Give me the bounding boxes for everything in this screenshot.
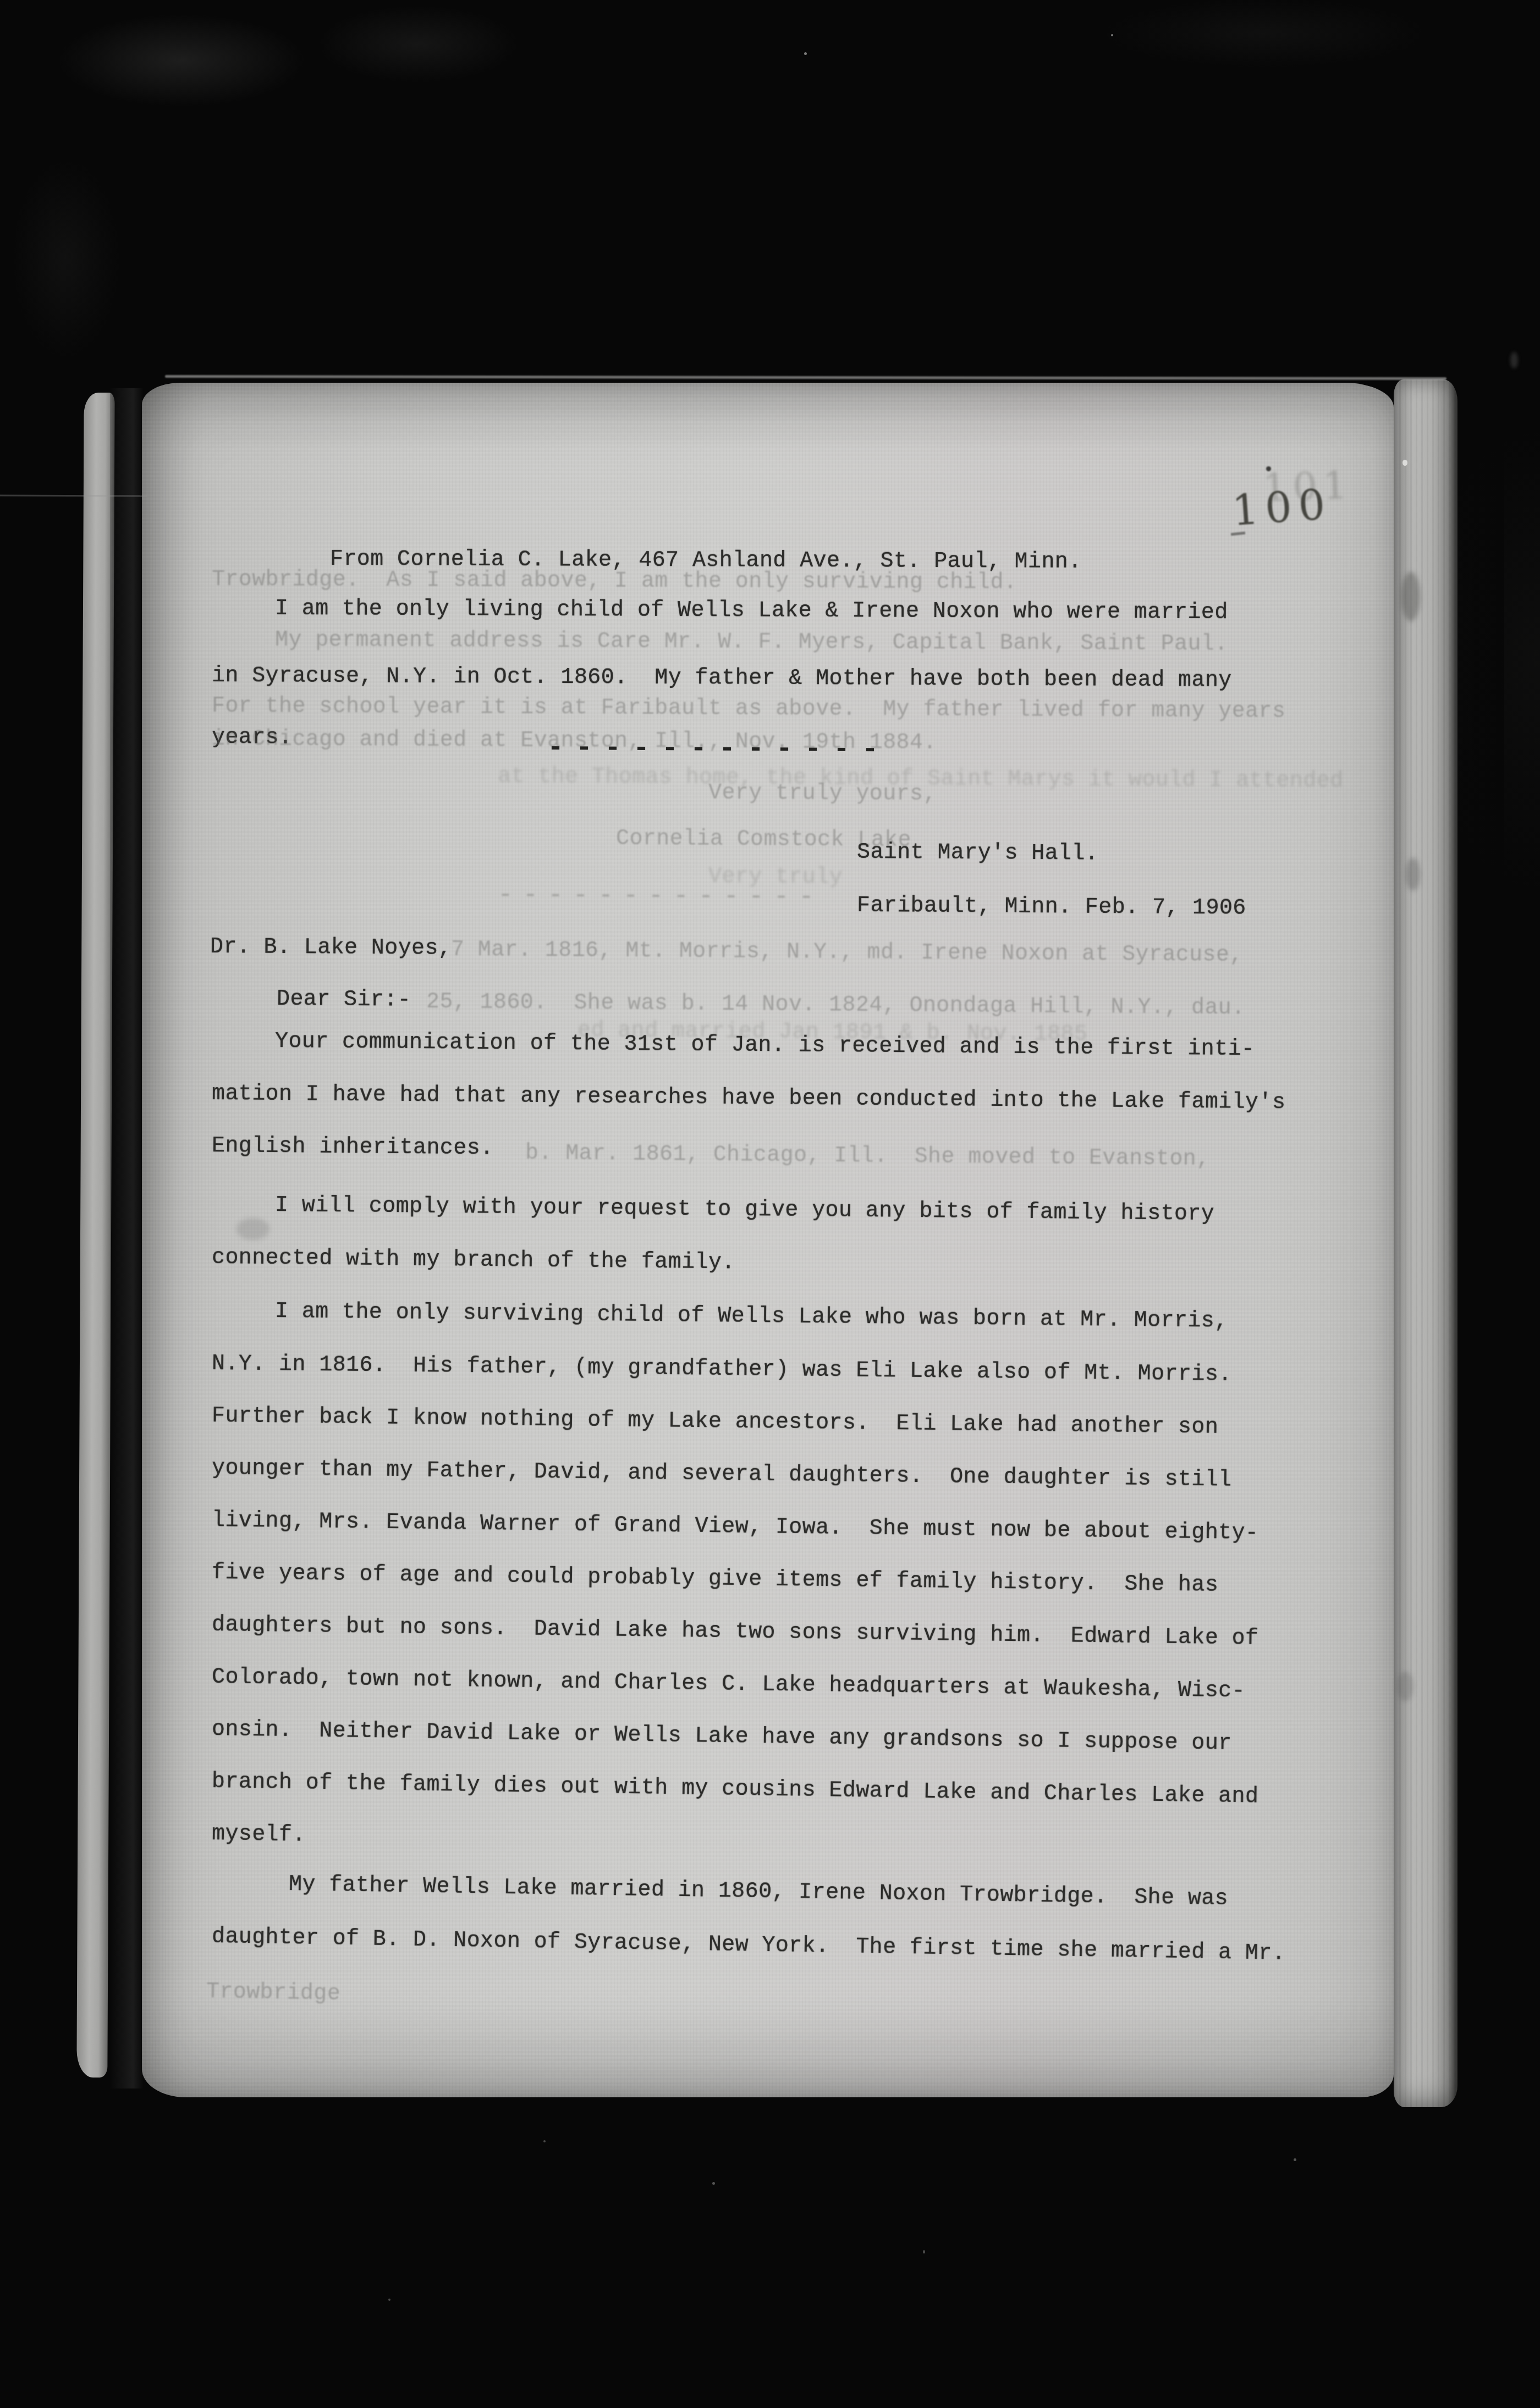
film-speck — [1294, 2158, 1296, 2161]
ghost-line: For the school year it is at Faribault a… — [212, 694, 1286, 724]
ghost-line: 7 Mar. 1816, Mt. Morris, N.Y., md. Irene… — [451, 938, 1243, 968]
film-speck — [923, 2250, 925, 2253]
typed-line: I am the only living child of Wells Lake… — [275, 597, 1228, 625]
typed-line: Saint Mary's Hall. — [857, 840, 1099, 867]
typed-line: daughters but no sons. David Lake has tw… — [212, 1613, 1259, 1651]
typed-line: Dr. B. Lake Noyes, — [210, 935, 452, 961]
typed-line: I will comply with your request to give … — [275, 1193, 1215, 1227]
typed-line: connected with my branch of the family. — [212, 1246, 735, 1275]
film-speck — [804, 52, 807, 55]
page-number-stamp: 101 100 — [1226, 456, 1402, 555]
typed-line: Colorado, town not known, and Charles C.… — [212, 1665, 1246, 1704]
film-speck — [1510, 352, 1518, 368]
typed-line: Your communication of the 31st of Jan. i… — [275, 1029, 1255, 1062]
ghost-line: 25, 1860. She was b. 14 Nov. 1824, Onond… — [426, 990, 1245, 1021]
stamp-ink-dot — [1266, 466, 1271, 471]
letter-text-layer: From Cornelia C. Lake, 467 Ashland Ave.,… — [0, 0, 1540, 2408]
typed-line: five years of age and could probably giv… — [212, 1561, 1219, 1598]
ghost-line: Trowbridge. As I said above, I am the on… — [212, 567, 1017, 596]
typed-line: younger than my Father, David, and sever… — [212, 1456, 1232, 1493]
typed-line: Further back I know nothing of my Lake a… — [212, 1404, 1219, 1440]
typed-line: I am the only surviving child of Wells L… — [275, 1299, 1228, 1334]
typed-line: ------------ — [547, 732, 890, 765]
ghost-line: My permanent address is Care Mr. W. F. M… — [275, 628, 1228, 657]
page-number: 100 — [1230, 480, 1333, 535]
ghost-line: b. Mar. 1861, Chicago, Ill. She moved to… — [525, 1141, 1210, 1172]
typed-line: branch of the family dies out with my co… — [212, 1770, 1259, 1810]
typed-line: Dear Sir:- — [277, 987, 411, 1013]
ghost-line: Trowbridge — [206, 1980, 341, 2007]
ghost-line: Very truly yours, — [708, 781, 937, 807]
typed-line: in Syracuse, N.Y. in Oct. 1860. My fathe… — [212, 664, 1232, 693]
typed-line: myself. — [212, 1822, 306, 1848]
typed-line: daughter of B. D. Noxon of Syracuse, New… — [212, 1925, 1286, 1966]
stamp-ink-dash — [1231, 532, 1245, 536]
typed-line: English inheritances. — [212, 1134, 494, 1161]
typed-line: living, Mrs. Evanda Warner of Grand View… — [212, 1508, 1259, 1546]
microfilm-scan: From Cornelia C. Lake, 467 Ashland Ave.,… — [0, 0, 1540, 2408]
typed-line: My father Wells Lake married in 1860, Ir… — [289, 1872, 1229, 1911]
typed-line: mation I have had that any researches ha… — [212, 1082, 1286, 1115]
typed-line: N.Y. in 1816. His father, (my grandfathe… — [212, 1352, 1232, 1387]
film-speck — [543, 2140, 546, 2142]
film-speck — [1111, 34, 1113, 36]
typed-line: onsin. Neither David Lake or Wells Lake … — [212, 1717, 1232, 1756]
film-speck — [1402, 460, 1407, 466]
typed-line: Faribault, Minn. Feb. 7, 1906 — [857, 894, 1246, 921]
ghost-line: ------------- — [498, 881, 824, 912]
film-speck — [388, 2299, 391, 2301]
film-speck — [712, 2182, 715, 2185]
